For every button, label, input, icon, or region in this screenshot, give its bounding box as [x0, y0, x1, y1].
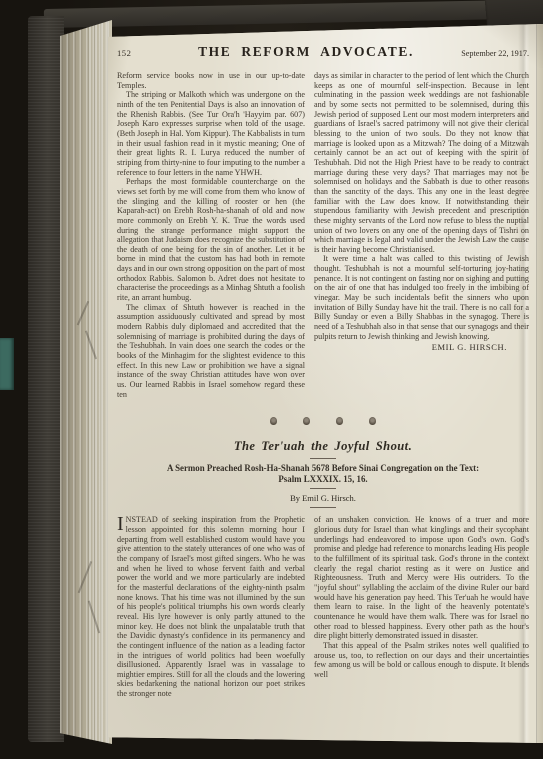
paragraph: The striping or Malkoth which was underg…: [117, 90, 305, 177]
title-rule: [310, 458, 336, 459]
photographed-book-page: 152 THE REFORM ADVOCATE. September 22, 1…: [0, 0, 543, 759]
running-header: 152 THE REFORM ADVOCATE. September 22, 1…: [117, 44, 529, 60]
wreath-ornament-icon: [369, 417, 376, 425]
paragraph: That this appeal of the Psalm strikes no…: [314, 641, 529, 680]
page-number: 152: [117, 48, 169, 58]
paragraph: Perhaps the most formidable countercharg…: [117, 177, 305, 303]
article2-right-column: of an unshaken conviction. He knows of a…: [314, 515, 529, 698]
underlying-page-edge: [536, 24, 543, 743]
article2-title: The Ter'uah the Joyful Shout.: [117, 439, 529, 454]
teal-label: [0, 338, 14, 390]
paragraph: INSTEAD of seeking inspiration from the …: [117, 515, 305, 698]
article1-right-text: days as similar in character to the peri…: [314, 71, 529, 341]
paragraph: Reform service books now in use in our u…: [117, 71, 305, 90]
article2-title-block: The Ter'uah the Joyful Shout. A Sermon P…: [117, 439, 529, 508]
fanned-page-edges: [60, 20, 112, 744]
article2-subtitle-line1: A Sermon Preached Rosh-Ha-Shanah 5678 Be…: [141, 463, 505, 474]
article1-right-column: days as similar in character to the peri…: [314, 71, 529, 399]
paragraph: It were time a halt was called to this t…: [314, 254, 529, 341]
article2-columns: INSTEAD of seeking inspiration from the …: [117, 515, 529, 698]
magazine-page: 152 THE REFORM ADVOCATE. September 22, 1…: [108, 24, 543, 743]
article2-left-column: INSTEAD of seeking inspiration from the …: [117, 515, 305, 698]
wreath-ornament-icon: [336, 417, 343, 425]
section-divider: [117, 412, 529, 422]
drop-cap: I: [117, 515, 126, 533]
paragraph: The climax of Shtuth however is reached …: [117, 303, 305, 400]
issue-date: September 22, 1917.: [443, 49, 529, 58]
author-signature: EMIL G. HIRSCH.: [314, 342, 529, 352]
masthead-title: THE REFORM ADVOCATE.: [169, 44, 443, 60]
paragraph: of an unshaken conviction. He knows of a…: [314, 515, 529, 641]
book-cover-top-edge: [44, 0, 506, 28]
wreath-ornament-icon: [303, 417, 310, 425]
article1-columns: Reform service books now in use in our u…: [117, 71, 529, 399]
article1-left-column: Reform service books now in use in our u…: [117, 71, 305, 399]
subtitle-rule: [310, 488, 336, 489]
wreath-ornament-icon: [270, 417, 277, 425]
byline-rule: [310, 507, 336, 508]
page-content: 152 THE REFORM ADVOCATE. September 22, 1…: [117, 38, 529, 699]
article2-byline: By Emil G. Hirsch.: [117, 493, 529, 503]
book-cover-spine: [28, 16, 64, 742]
article2-subtitle-line2: Psalm LXXXIX. 15, 16.: [141, 474, 505, 485]
paragraph: days as similar in character to the peri…: [314, 71, 529, 254]
